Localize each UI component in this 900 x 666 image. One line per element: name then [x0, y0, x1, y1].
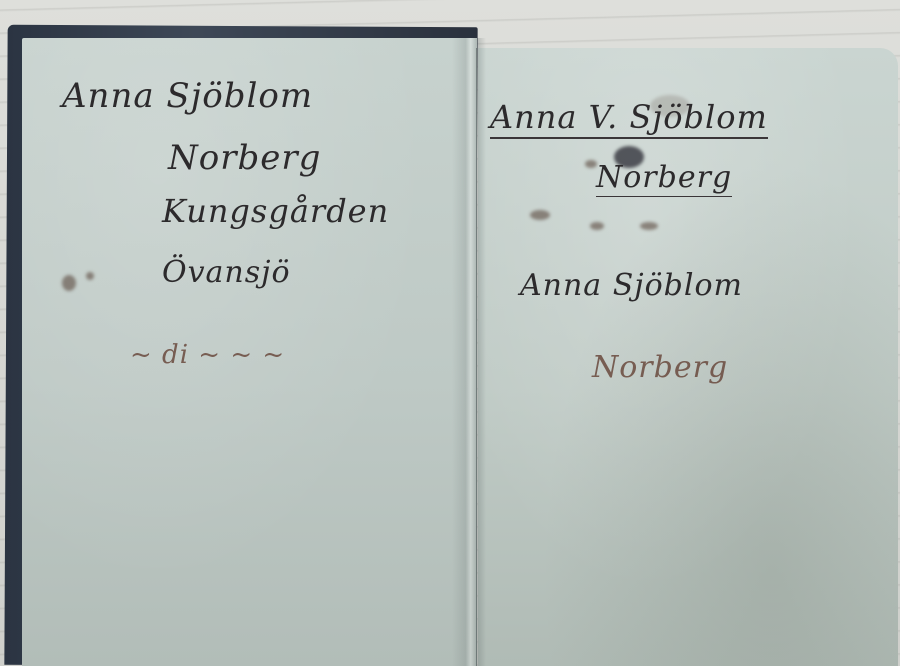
page-fold — [476, 48, 477, 666]
left-line-4: Övansjö — [162, 255, 291, 290]
left-line-3: Kungsgården — [162, 192, 389, 230]
right-line-3: Anna Sjöblom — [520, 268, 743, 303]
left-line-1: Anna Sjöblom — [62, 76, 313, 116]
right-line-1: Anna V. Sjöblom — [490, 98, 768, 139]
right-line-4: Norberg — [592, 350, 728, 385]
ink-stain — [530, 210, 550, 220]
booklet-spine-gutter — [452, 38, 486, 666]
ink-stain — [590, 222, 604, 230]
left-line-2: Norberg — [168, 138, 321, 178]
ink-stain — [640, 222, 658, 230]
left-line-5-illegible: ~ di ~ ~ ~ — [130, 340, 285, 370]
right-line-2: Norberg — [596, 160, 732, 197]
ink-stain — [62, 275, 76, 291]
ink-stain — [86, 272, 94, 280]
